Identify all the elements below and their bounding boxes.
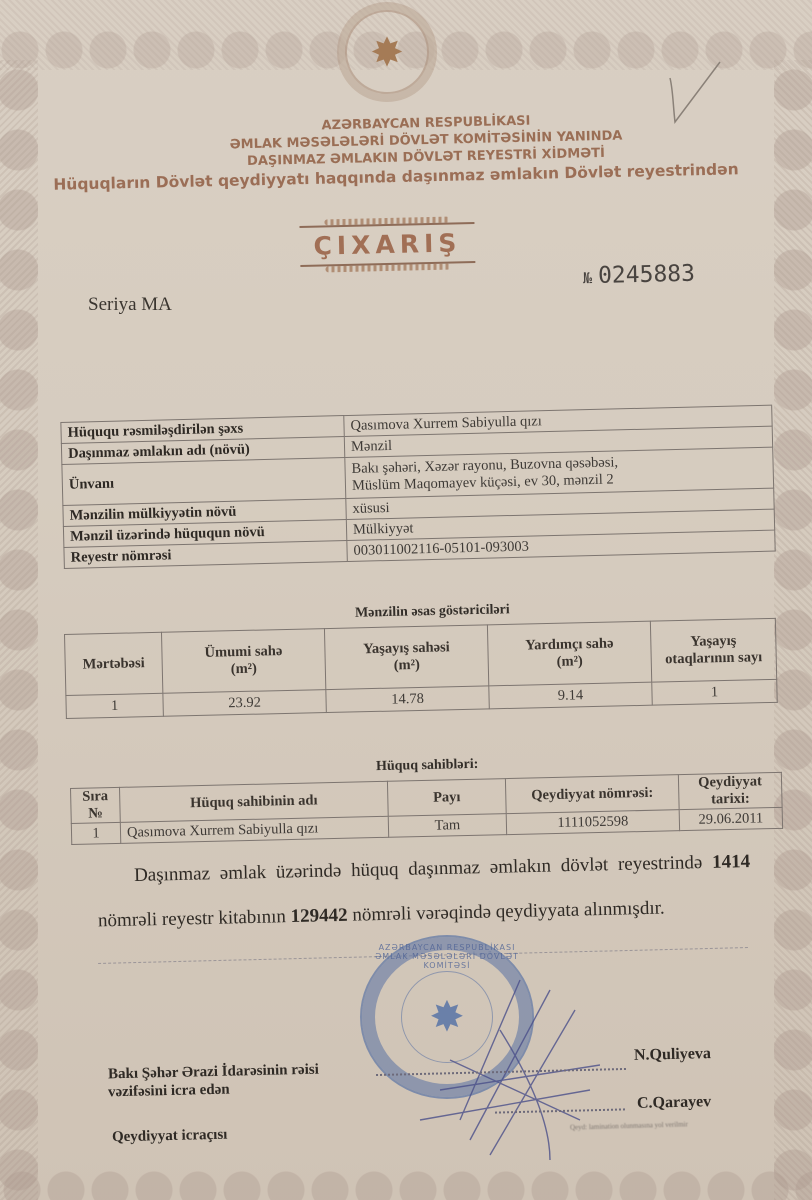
row-label: Ünvanı xyxy=(62,458,346,506)
property-info-table: Hüququ rəsmiləşdirilən şəxs Qasımova Xur… xyxy=(60,391,776,569)
statement-line-2: nömrəli reyestr kitabının 129442 nömrəli… xyxy=(98,898,665,933)
cell-total-area: 23.92 xyxy=(163,690,326,717)
cell-living-area: 14.78 xyxy=(326,686,489,713)
cell-reg-date: 29.06.2011 xyxy=(679,807,782,830)
cell-reg-number: 1111052598 xyxy=(506,810,679,835)
certificate-paper: ✸ AZƏRBAYCAN RESPUBLİKASI ƏMLAK MƏSƏLƏLƏ… xyxy=(0,0,812,1200)
azerbaijan-emblem-icon: ✸ xyxy=(345,10,429,94)
guilloche-border-right xyxy=(774,60,812,1200)
registry-number: 1414 xyxy=(712,851,750,873)
number-symbol: № xyxy=(583,269,592,287)
page-number: 129442 xyxy=(290,905,347,927)
header-total-area: Ümumi sahə(m²) xyxy=(161,629,325,694)
header-index: Sıra№ xyxy=(71,787,121,823)
header-auxiliary-area: Yardımçı sahə(m²) xyxy=(487,621,651,686)
stamp-text: AZƏRBAYCAN RESPUBLİKASI ƏMLAK MƏSƏLƏLƏRİ… xyxy=(362,943,532,970)
header-reg-date: Qeydiyyattarixi: xyxy=(678,772,782,809)
official-title-line-2: vəzifəsini icra edən xyxy=(108,1082,230,1102)
header-reg-number: Qeydiyyat nömrəsi: xyxy=(505,775,679,814)
owners-title: Hüquq sahibləri: xyxy=(376,757,479,775)
indicators-title: Mənzilin əsas göstəriciləri xyxy=(355,602,510,622)
statement-line-1: Daşınmaz əmlak üzərində hüquq daşınmaz ə… xyxy=(134,851,750,887)
official-name: N.Quliyeva xyxy=(634,1045,711,1065)
header-room-count: Yaşayış otaqlarının sayı xyxy=(650,618,776,682)
cell-index: 1 xyxy=(71,822,120,844)
number-value: 0245883 xyxy=(598,261,696,289)
series-label: Seriya MA xyxy=(88,294,172,316)
title-block: ÇIXARIŞ xyxy=(299,216,475,280)
cell-floor: 1 xyxy=(66,693,163,718)
cell-room-count: 1 xyxy=(652,679,777,705)
guilloche-border-left xyxy=(0,60,38,1200)
header-share: Payı xyxy=(387,779,506,817)
cell-share: Tam xyxy=(388,814,506,838)
cell-auxiliary-area: 9.14 xyxy=(489,682,652,709)
registrar-title: Qeydiyyat icraçısı xyxy=(112,1127,228,1147)
registrar-name: C.Qarayev xyxy=(637,1093,712,1113)
header-living-area: Yaşayış sahəsi(m²) xyxy=(324,625,488,690)
owners-table: Sıra№ Hüquq sahibinin adı Payı Qeydiyyat… xyxy=(70,772,783,845)
document-number: №0245883 xyxy=(583,261,696,290)
official-title-line-1: Bakı Şəhər Ərazi İdarəsinin rəisi xyxy=(108,1062,319,1084)
indicators-table: Mərtəbəsi Ümumi sahə(m²) Yaşayış sahəsi(… xyxy=(64,618,778,719)
header-floor: Mərtəbəsi xyxy=(65,632,163,695)
document-title: ÇIXARIŞ xyxy=(300,228,476,261)
